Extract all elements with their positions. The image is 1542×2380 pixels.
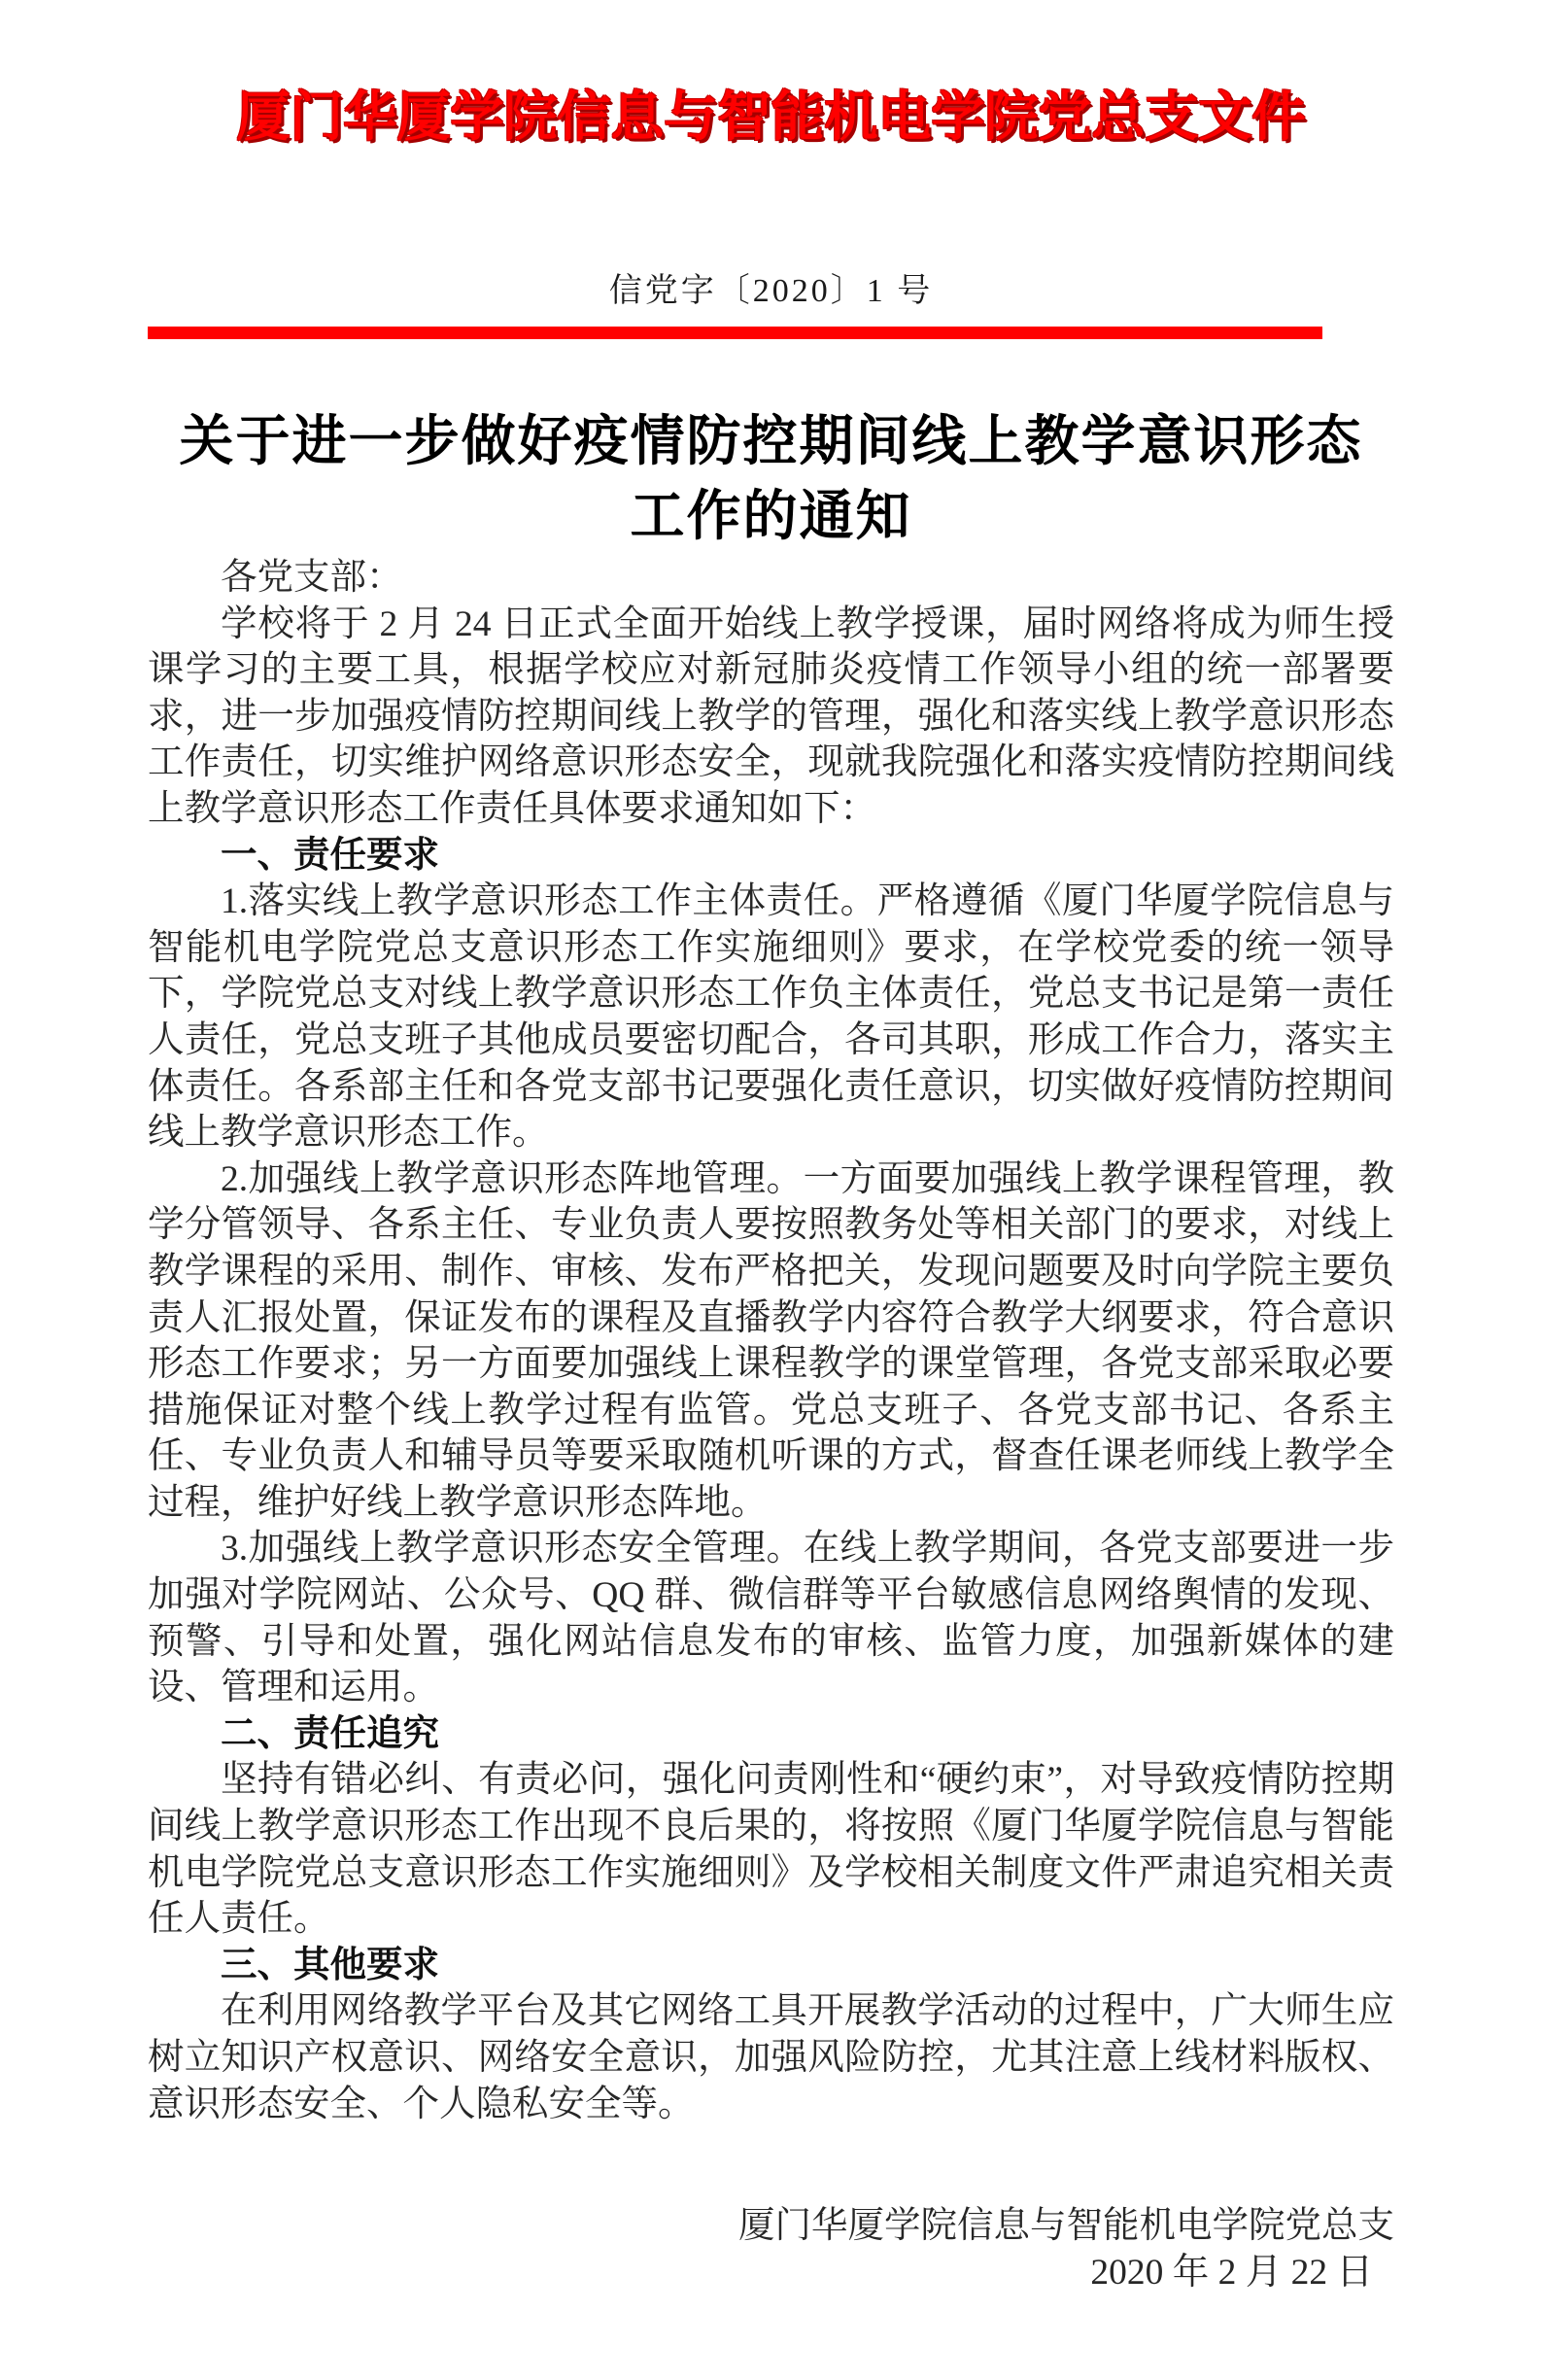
notice-title-line1: 关于进一步做好疫情防控期间线上教学意识形态	[148, 405, 1394, 480]
salutation: 各党支部：	[148, 555, 1394, 602]
paragraph-item-1: 1.落实线上教学意识形态工作主体责任。严格遵循《厦门华厦学院信息与智能机电学院党…	[148, 879, 1394, 1156]
section-heading-accountability: 二、责任追究	[148, 1711, 1394, 1758]
section-heading-responsibility-requirements: 一、责任要求	[148, 833, 1394, 880]
paragraph-accountability: 坚持有错必纠、有责必问，强化问责刚性和“硬约束”，对导致疫情防控期间线上教学意识…	[148, 1757, 1394, 1942]
notice-title: 关于进一步做好疫情防控期间线上教学意识形态 工作的通知	[148, 405, 1394, 555]
paragraph-intro: 学校将于 2 月 24 日正式全面开始线上教学授课，届时网络将成为师生授课学习的…	[148, 602, 1394, 833]
document-header-title: 厦门华厦学院信息与智能机电学院党总支文件	[148, 83, 1394, 153]
paragraph-item-2: 2.加强线上教学意识形态阵地管理。一方面要加强线上教学课程管理，教学分管领导、各…	[148, 1156, 1394, 1527]
signature-date: 2020 年 2 月 22 日	[148, 2250, 1394, 2296]
notice-title-line2: 工作的通知	[148, 480, 1394, 555]
paragraph-item-3: 3.加强线上教学意识形态安全管理。在线上教学期间，各党支部要进一步加强对学院网站…	[148, 1526, 1394, 1710]
paragraph-other-requirements: 在利用网络教学平台及其它网络工具开展教学活动的过程中，广大师生应树立知识产权意识…	[148, 1988, 1394, 2127]
document-number: 信党字〔2020〕1 号	[148, 269, 1394, 313]
notice-body: 各党支部： 学校将于 2 月 24 日正式全面开始线上教学授课，届时网络将成为师…	[148, 555, 1394, 2127]
signature-org: 厦门华厦学院信息与智能机电学院党总支	[148, 2203, 1394, 2250]
document-page: 厦门华厦学院信息与智能机电学院党总支文件 信党字〔2020〕1 号 关于进一步做…	[148, 83, 1394, 2295]
section-heading-other-requirements: 三、其他要求	[148, 1943, 1394, 1989]
red-divider-line	[148, 327, 1322, 339]
signature-block: 厦门华厦学院信息与智能机电学院党总支 2020 年 2 月 22 日	[148, 2203, 1394, 2295]
